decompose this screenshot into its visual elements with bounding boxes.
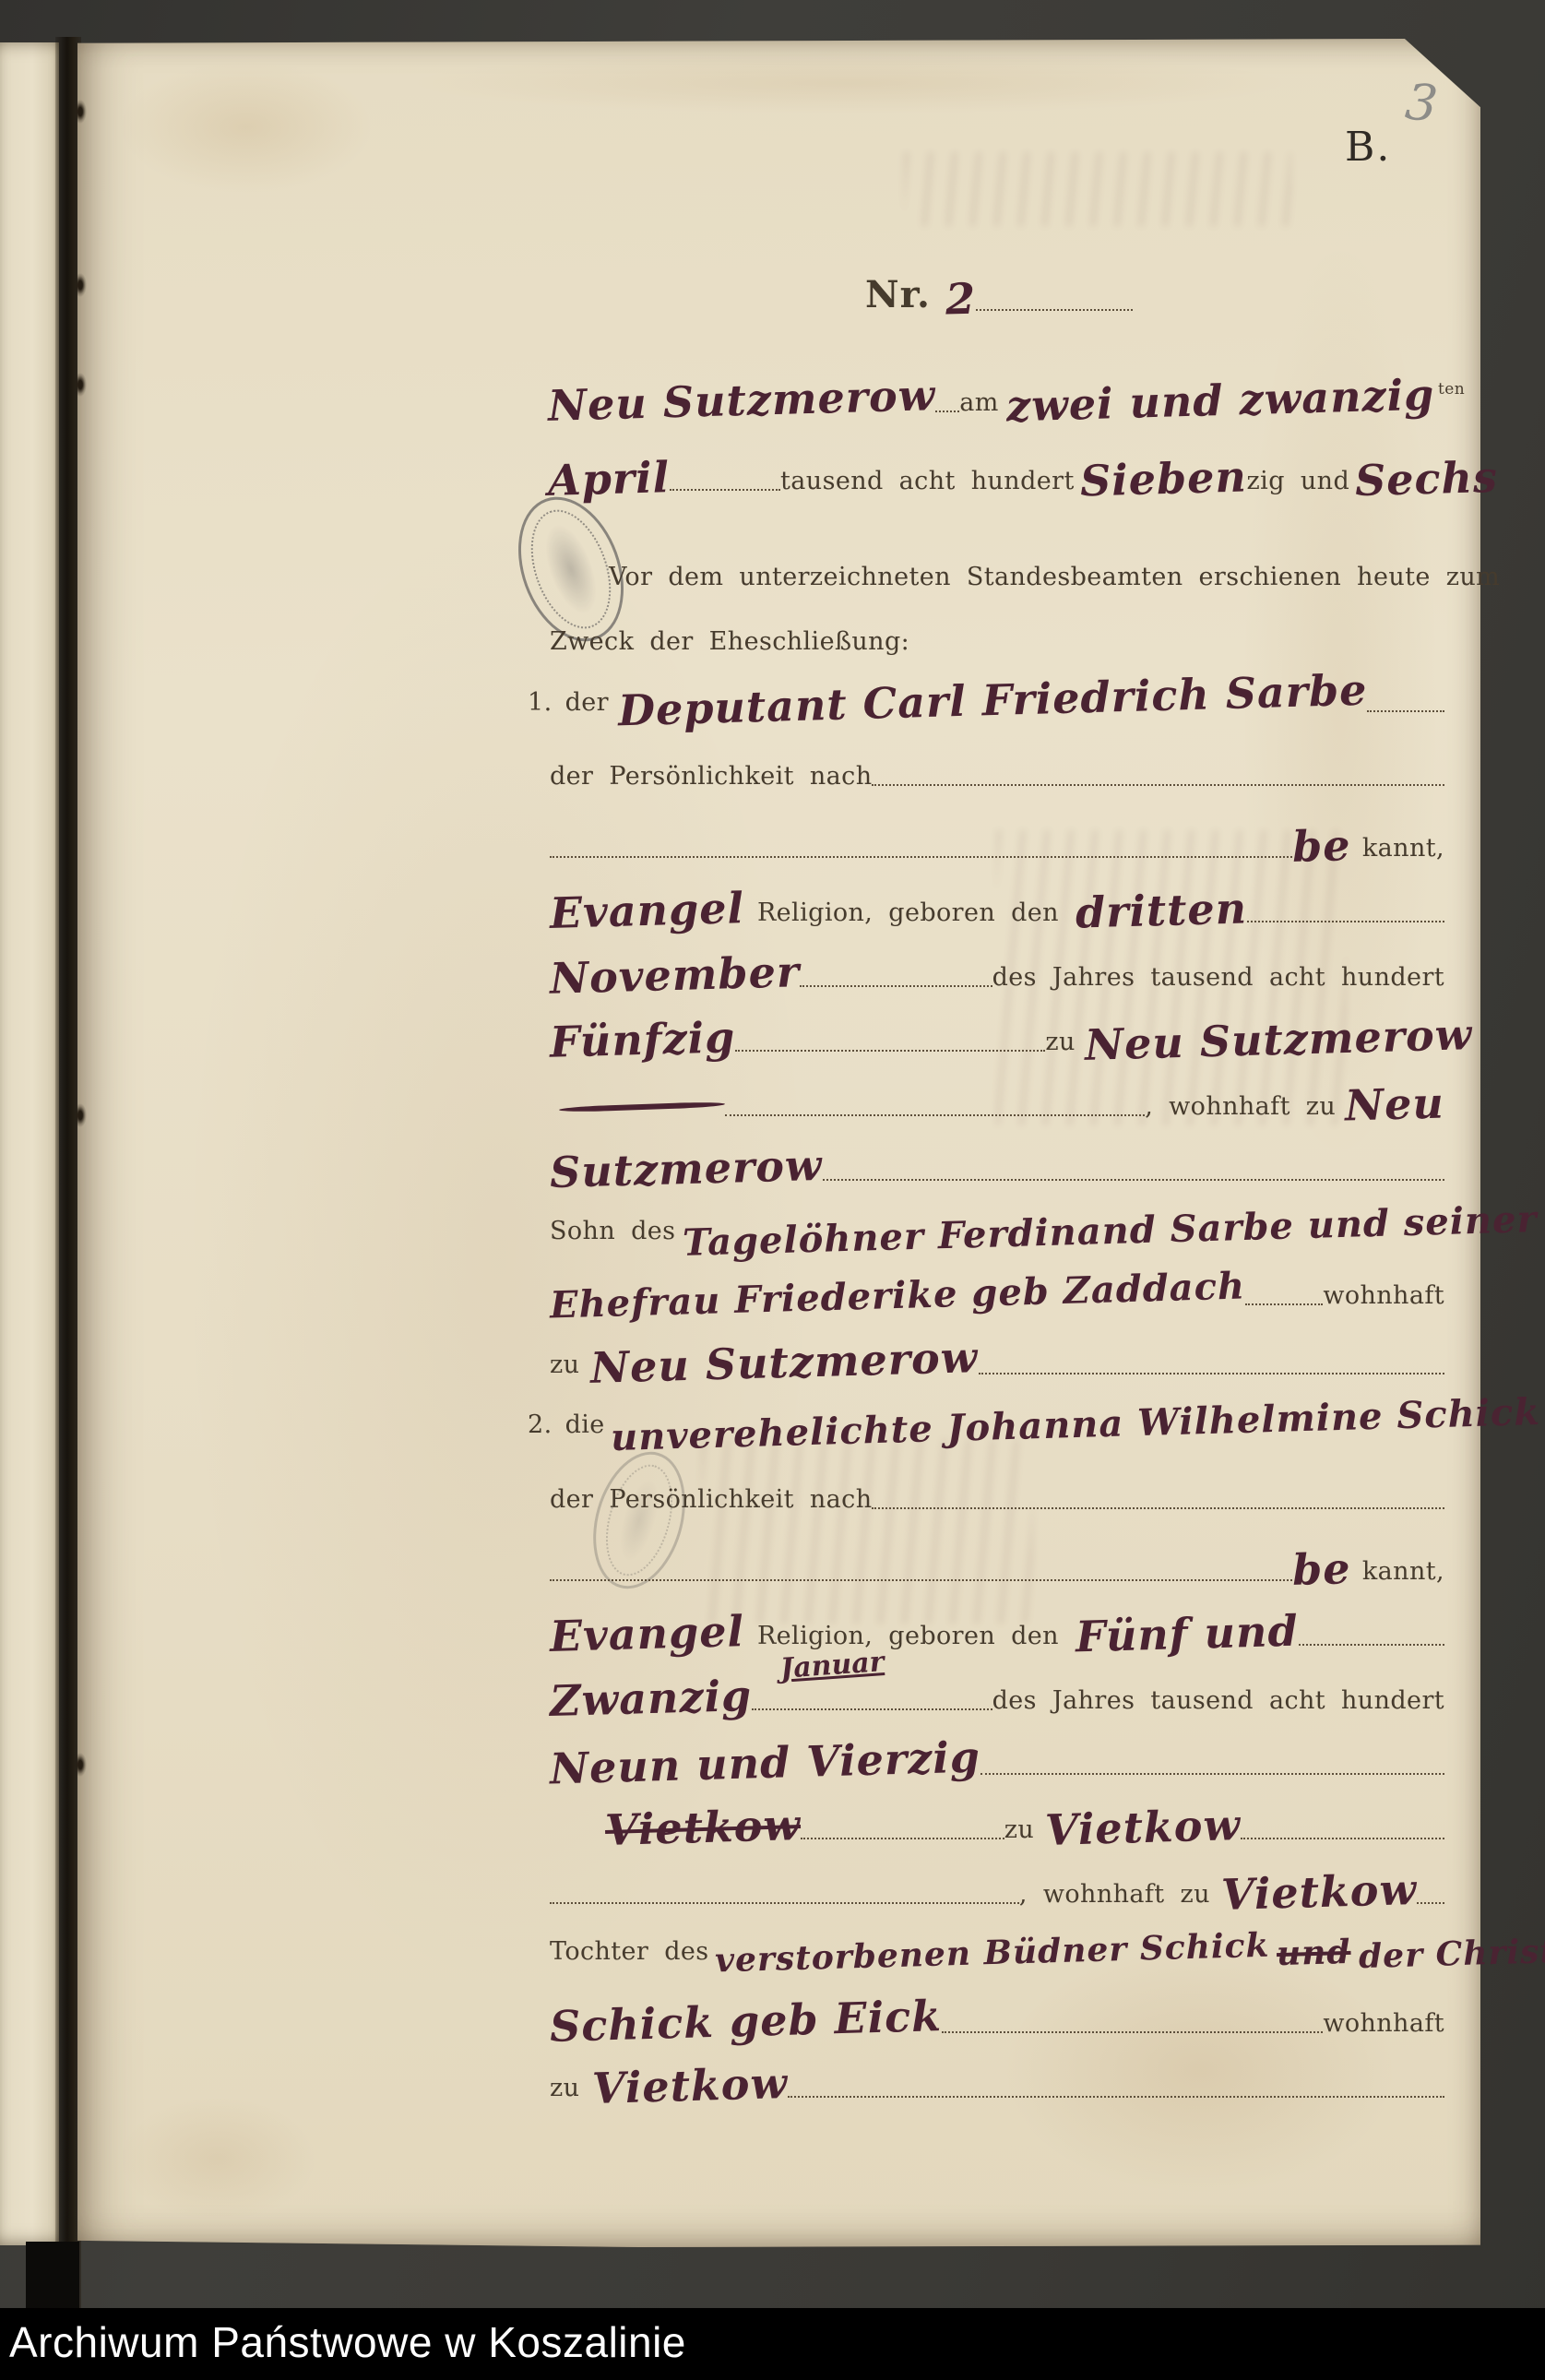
dotted-line <box>1417 1900 1444 1904</box>
month-handwritten: April <box>547 459 670 499</box>
jahres-label: des Jahres tausend acht hundert <box>992 1688 1444 1713</box>
dotted-line <box>1247 919 1444 922</box>
personality-label: der Persönlichkeit nach <box>550 1487 872 1512</box>
dotted-line <box>872 1505 1444 1509</box>
bride-bekannt-row: be kannt, <box>550 1552 1444 1589</box>
zu-label: zu <box>1004 1817 1034 1842</box>
document-scan: 3 B. Nr. 2 Neu Sutzmerow am zwei und zwa… <box>0 0 1545 2380</box>
residence2-handwritten: Sutzmerow <box>550 1148 823 1191</box>
month-year-row: April tausend acht hundert Sieben zig un… <box>548 461 1444 499</box>
record-number-value: 2 <box>945 280 976 317</box>
father2-handwritten: der Christlieb <box>1358 1935 1545 1971</box>
groom-religion-row: Evangel Religion, geboren den dritten <box>550 893 1444 931</box>
dotted-line <box>725 1113 1145 1116</box>
groom-mother-row: Ehefrau Friederike geb Zaddach wohnhaft <box>550 1280 1444 1314</box>
year-handwritten: Sechs <box>1355 459 1499 499</box>
groom-birth-year-row: Fünfzig zu Neu Sutzmerow <box>550 1022 1472 1060</box>
zu-label: zu <box>550 1352 579 1377</box>
item-number-1: 1. <box>528 690 553 715</box>
wohnhaft-zu-label: , wohnhaft zu <box>1019 1882 1210 1907</box>
birthplace-struck-handwritten: Vietkow <box>604 1807 801 1849</box>
record-number-label: Nr. <box>865 277 931 314</box>
bride-birth-month-row: Zwanzig Januar des Jahres tausend acht h… <box>550 1681 1444 1719</box>
birth-month-handwritten: November <box>550 954 801 997</box>
flourish-dash <box>559 1101 725 1113</box>
dotted-line <box>872 782 1444 786</box>
place-date-row: Neu Sutzmerow am zwei und zwanzig ten <box>548 382 1444 421</box>
facing-page-edge <box>0 42 59 2245</box>
stitch-hole <box>74 273 87 297</box>
stitch-hole <box>74 100 87 124</box>
parents-residence-handwritten: Vietkow <box>592 2065 789 2107</box>
father-handwritten: verstorbenen Büdner Schick <box>714 1932 1269 1975</box>
dotted-line <box>935 409 959 412</box>
birth-year-handwritten: Neun und Vierzig <box>550 1739 981 1787</box>
place-handwritten: Neu Sutzmerow <box>548 377 936 424</box>
birth-day2-handwritten: Zwanzig <box>549 1678 752 1720</box>
bride-birthplace-row: Vietkow zu Vietkow <box>550 1810 1444 1848</box>
dotted-line <box>670 487 780 491</box>
dotted-line <box>1245 1302 1323 1305</box>
stitch-hole <box>74 1753 87 1777</box>
archive-caption-bar: Archiwum Państwowe w Koszalinie <box>0 2308 1545 2380</box>
groom-parents-residence-row: zu Neu Sutzmerow <box>550 1345 1444 1383</box>
groom-residence2-row: Sutzmerow <box>550 1151 1444 1189</box>
ink-bleed <box>701 1439 1033 1624</box>
bride-mother-row: Schick geb Eick wohnhaft <box>550 2004 1444 2041</box>
am-label: am <box>959 390 999 415</box>
residence-handwritten: Vietkow <box>1220 1872 1417 1913</box>
tausend-label: tausend acht hundert <box>780 469 1075 494</box>
groom-father-row: Sohn des Tagelöhner Ferdinand Sarbe und … <box>550 1216 1444 1249</box>
jahres-label: des Jahres tausend acht hundert <box>992 965 1444 990</box>
sohn-des-label: Sohn des <box>550 1219 675 1244</box>
dotted-line <box>979 1371 1444 1374</box>
preamble-line1: Vor dem unterzeichneten Standesbeamten e… <box>609 565 1439 595</box>
bride-name-row: 2. die unverehelichte Johanna Wilhelmine… <box>528 1410 1444 1443</box>
dotted-line <box>942 2029 1323 2033</box>
dotted-line <box>735 1048 1045 1052</box>
preamble-line2: Zweck der Eheschließung: <box>550 629 1380 660</box>
decade-handwritten: Sieben <box>1079 458 1247 499</box>
kannt-label: kannt, <box>1362 1559 1444 1584</box>
religion-handwritten: Evangel <box>549 1613 744 1655</box>
dotted-line <box>550 854 1292 858</box>
dotted-line <box>801 1836 1004 1839</box>
wohnhaft-label: wohnhaft <box>1323 2011 1444 2036</box>
dotted-line <box>550 1900 1019 1904</box>
be-handwritten: be <box>1292 827 1352 865</box>
item-number-2: 2. <box>528 1412 553 1437</box>
dotted-line <box>980 1771 1444 1775</box>
day-handwritten: zwei und zwanzig <box>1005 376 1434 424</box>
groom-residence-row: , wohnhaft zu Neu <box>550 1087 1444 1125</box>
die-label: die <box>565 1412 605 1437</box>
father-struck-handwritten: und <box>1277 1938 1351 1969</box>
dotted-line <box>788 2094 1444 2098</box>
bride-birth-year-row: Neun und Vierzig <box>550 1745 1444 1783</box>
religion-label: Religion, geboren den <box>757 900 1059 925</box>
kannt-label: kannt, <box>1362 836 1444 861</box>
record-number-row: Nr. 2 <box>865 277 1133 319</box>
section-letter: B. <box>1345 124 1391 171</box>
bride-residence-row: , wohnhaft zu Vietkow <box>550 1874 1444 1912</box>
dotted-line <box>976 307 1133 311</box>
parents-residence-handwritten: Neu Sutzmerow <box>590 1339 979 1386</box>
mother-handwritten: Schick geb Eick <box>550 1998 943 2045</box>
personality-label: der Persönlichkeit nach <box>550 764 872 789</box>
residence1-handwritten: Neu <box>1345 1086 1445 1125</box>
archive-name: Archiwum Państwowe w Koszalinie <box>0 2308 1545 2367</box>
birth-day-handwritten: dritten <box>1075 890 1247 931</box>
wohnhaft-label: wohnhaft <box>1323 1283 1444 1308</box>
spine-shadow <box>26 2242 79 2310</box>
pencil-page-number: 3 <box>1403 72 1441 133</box>
dotted-line <box>1241 1836 1444 1839</box>
dotted-line <box>550 1577 1292 1581</box>
wohnhaft-zu-label: , wohnhaft zu <box>1145 1094 1336 1119</box>
birthplace-handwritten: Vietkow <box>1045 1807 1242 1849</box>
groom-bekannt-row: be kannt, <box>550 828 1444 866</box>
dotted-line <box>1299 1642 1444 1646</box>
religion-label: Religion, geboren den <box>757 1624 1059 1648</box>
zu-label: zu <box>550 2076 579 2100</box>
dotted-line <box>823 1177 1445 1181</box>
dotted-line <box>1367 708 1444 712</box>
tochter-des-label: Tochter des <box>550 1939 709 1964</box>
groom-name-row: 1. der Deputant Carl Friedrich Sarbe <box>528 683 1444 720</box>
birthplace-handwritten: Neu Sutzmerow <box>1084 1017 1472 1064</box>
bride-parents-residence-row: zu Vietkow <box>550 2068 1444 2106</box>
zig-und-label: zig und <box>1247 469 1350 494</box>
preamble-text-1: Vor dem unterzeichneten Standesbeamten e… <box>609 565 1500 589</box>
dotted-line <box>752 1707 992 1710</box>
preamble-text-2: Zweck der Eheschließung: <box>550 629 909 654</box>
religion-handwritten: Evangel <box>549 890 744 932</box>
ten-suffix: ten <box>1434 382 1465 415</box>
der-label: der <box>565 690 609 715</box>
stitch-hole <box>74 373 87 397</box>
bride-personality-row: der Persönlichkeit nach <box>550 1487 1444 1517</box>
groom-birth-month-row: November des Jahres tausend acht hundert <box>550 958 1444 995</box>
be-handwritten: be <box>1292 1551 1352 1589</box>
groom-personality-row: der Persönlichkeit nach <box>550 764 1444 794</box>
stitch-hole <box>74 1103 87 1127</box>
bride-father-row: Tochter des verstorbenen Büdner Schick u… <box>550 1939 1472 1969</box>
birth-year-handwritten: Fünfzig <box>549 1019 735 1061</box>
ink-bleed <box>904 152 1291 226</box>
bride-religion-row: Evangel Religion, geboren den Fünf und <box>550 1616 1444 1654</box>
zu-label: zu <box>1045 1029 1075 1054</box>
birth-day-handwritten: Fünf und <box>1075 1613 1299 1656</box>
dotted-line <box>800 983 992 987</box>
